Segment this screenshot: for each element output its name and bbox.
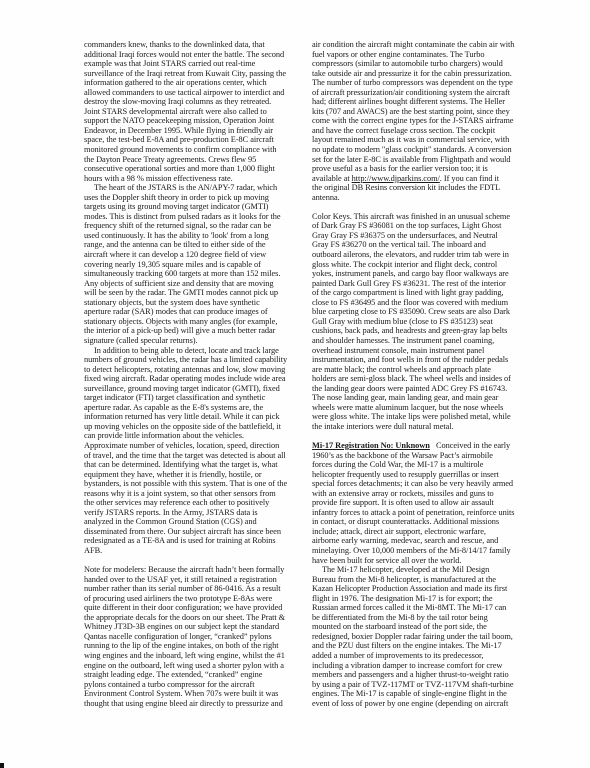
text-line: The heart of the JSTARS is the AN/APY-7 … — [84, 183, 296, 193]
text-line: antenna. — [312, 193, 530, 203]
text-line: surveillance, ground moving target indic… — [84, 384, 296, 394]
text-line: cushions, back pads, and headrests and g… — [312, 326, 530, 336]
text-line: special forces detachments; it can also … — [312, 479, 530, 489]
text-line: in contact, or disrupt counterattacks. A… — [312, 517, 530, 527]
text-line: of Dark Gray FS #36081 on the top surfac… — [312, 221, 530, 231]
text-line: of the cargo compartment is lined with l… — [312, 288, 530, 298]
text-line: set for the later E-8C is available from… — [312, 155, 530, 165]
paragraph-gap — [84, 556, 296, 566]
left-column: commanders knew, thanks to the downlinke… — [84, 40, 296, 708]
text-line: and have the correct fuselage cross sect… — [312, 126, 530, 136]
text-line: added a number of improvements to its pr… — [312, 651, 530, 661]
text-line: additional Iraqi forces would not enter … — [84, 50, 296, 60]
text-line: gloss white. The cockpit interior and fl… — [312, 260, 530, 270]
text-line: airborne early warning, medevac, search … — [312, 536, 530, 546]
right-column: air condition the aircraft might contami… — [312, 40, 530, 708]
text-line: redesigned, boxier Doppler radar fairing… — [312, 632, 530, 642]
text-line: AFB. — [84, 546, 296, 556]
text-line: with an extensive array or rockets, miss… — [312, 489, 530, 499]
text-line: equipment they have, whether it is frien… — [84, 470, 296, 480]
text-line: covering nearly 19,305 square miles and … — [84, 260, 296, 270]
text-line: the interior of a pick-up bed) will give… — [84, 326, 296, 336]
text-line: outboard ailerons, the elevators, and ru… — [312, 250, 530, 260]
text-line: aperture radar (SAR) modes that can prod… — [84, 307, 296, 317]
text-line: reasons why it is a joint system, so tha… — [84, 489, 296, 499]
text-line: the Dayton Peace Treaty agreements. Crew… — [84, 155, 296, 165]
mi17-section-heading: Mi-17 Registration No: Unknown — [312, 441, 430, 450]
text-line: had; different airlines bought different… — [312, 97, 530, 107]
text-line: the intake interiors were dull natural m… — [312, 422, 530, 432]
paragraph-gap — [312, 202, 530, 212]
text-line: Whitney JT3D-3B engines on our subject k… — [84, 622, 296, 632]
text-line: are matte black; the control wheels and … — [312, 365, 530, 375]
text-line: layout remained much as it was in commer… — [312, 135, 530, 145]
scan-corner-mark — [0, 763, 4, 768]
text-line: instrumentation, and foot wells in front… — [312, 355, 530, 365]
text-line: aircraft where it can develop a 120 degr… — [84, 250, 296, 260]
text-line: Color Keys. This aircraft was finished i… — [312, 212, 530, 222]
paragraph-color-keys: Color Keys. This aircraft was finished i… — [312, 212, 530, 432]
text-line: by using a pair of TVZ-117MT or TVZ-117V… — [312, 680, 530, 690]
text-line: Gray Gray FS #36375 on the undersurfaces… — [312, 231, 530, 241]
paragraph-mi17-development: The Mi-17 helicopter, developed at the M… — [312, 565, 530, 708]
text-line: engine on the outboard, left wing used a… — [84, 661, 296, 671]
text-line: verify JSTARS reports. In the Army, JSTA… — [84, 508, 296, 518]
text-line: fixed wing aircraft. Radar operating mod… — [84, 374, 296, 384]
text-fragment: available at — [312, 174, 352, 183]
text-line: come with the correct engine types for t… — [312, 116, 530, 126]
text-line: forces during the Cold War, the MI-17 is… — [312, 460, 530, 470]
text-line: Kazan Helicopter Production Association … — [312, 584, 530, 594]
text-line: example was that Joint STARS carried out… — [84, 59, 296, 69]
text-line: Any objects of sufficient size and densi… — [84, 279, 296, 289]
text-line: kits (707 and AWACS) are the best starti… — [312, 107, 530, 117]
text-line: targets using its ground moving target i… — [84, 202, 296, 212]
text-line: Russian armed forces called it the Mi-8M… — [312, 603, 530, 613]
text-line: Qantas nacelle configuration of longer, … — [84, 632, 296, 642]
text-line: Joint STARS developmental aircraft were … — [84, 107, 296, 117]
paragraph-cabin-pressurization: air condition the aircraft might contami… — [312, 40, 530, 202]
text-line: frequency shift of the returned signal, … — [84, 221, 296, 231]
text-line: handed over to the USAF yet, it still re… — [84, 575, 296, 585]
text-line: Gray FS #36270 on the vertical tail. The… — [312, 240, 530, 250]
text-line: information returned has very little det… — [84, 412, 296, 422]
paragraph-gap — [312, 431, 530, 441]
text-line: up moving vehicles on the opposite side … — [84, 422, 296, 432]
text-line: provide fire support. It is often used t… — [312, 498, 530, 508]
text-line: yokes, instrument panels, and cargo bay … — [312, 269, 530, 279]
text-line: event of loss of power by one engine (de… — [312, 699, 530, 709]
text-line: will be seen by the radar. The GMTI mode… — [84, 288, 296, 298]
text-line: blue carpeting close to FS #35090. Crew … — [312, 307, 530, 317]
text-line: Bureau from the Mi-8 helicopter, is manu… — [312, 575, 530, 585]
text-line: no update to modern "glass cockpit" stan… — [312, 145, 530, 155]
text-fragment: . If you can find it — [440, 174, 499, 183]
text-line: support the NATO peacekeeping mission, O… — [84, 116, 296, 126]
text-line: Note for modelers: Because the aircraft … — [84, 565, 296, 575]
text-line: include; attack, direct air support, ele… — [312, 527, 530, 537]
text-line: aperture radar. As capable as the E-8's … — [84, 403, 296, 413]
text-line: space, the test-bed E-8A and pre-product… — [84, 135, 296, 145]
text-line: compressors (similar to automobile turbo… — [312, 59, 530, 69]
text-line: flight in 1976. The designation Mi-17 is… — [312, 594, 530, 604]
text-line: that can be determined. Identifying what… — [84, 460, 296, 470]
text-line: the landing gear doors were painted ADC … — [312, 384, 530, 394]
paragraph-jstars-operations: commanders knew, thanks to the downlinke… — [84, 40, 296, 183]
text-line: and the PZU dust filters on the engine i… — [312, 641, 530, 651]
text-line: redesignated as a TE-8A and is used for … — [84, 536, 296, 546]
text-line: disseminated from there. Our subject air… — [84, 527, 296, 537]
text-line: uses the Doppler shift theory in order t… — [84, 193, 296, 203]
text-line: Gull Gray with medium blue (close to FS … — [312, 317, 530, 327]
text-line: the other services may reference each ot… — [84, 498, 296, 508]
text-line: consecutive operational sorties and more… — [84, 164, 296, 174]
text-line: members and passengers and a higher thru… — [312, 670, 530, 680]
text-line: monitored ground movements to confirm co… — [84, 145, 296, 155]
text-line: quite different in their door configurat… — [84, 603, 296, 613]
text-line: number rather than its serial number of … — [84, 584, 296, 594]
text-line: pylons contained a turbo compressor for … — [84, 680, 296, 690]
paragraph-apy7-radar: The heart of the JSTARS is the AN/APY-7 … — [84, 183, 296, 345]
text-line: fuel vapors or other engine contaminates… — [312, 50, 530, 60]
text-line: thought that using engine bleed air dire… — [84, 699, 296, 709]
text-line: The Mi-17 helicopter, developed at the M… — [312, 565, 530, 575]
text-line: of procuring used airliners the two prot… — [84, 594, 296, 604]
text-line: of travel, and the time that the target … — [84, 451, 296, 461]
text-line: minelaying. Over 10,000 members of the M… — [312, 546, 530, 556]
text-line: overhead instrument console, main instru… — [312, 346, 530, 356]
text-line: simultaneously tracking 600 targets at m… — [84, 269, 296, 279]
text-line: holders are semi-gloss black. The wheel … — [312, 374, 530, 384]
text-line: allowed commanders to use tactical airpo… — [84, 88, 296, 98]
text-line: modes. This is distinct from pulsed rada… — [84, 212, 296, 222]
text-line: destroy the slow-moving Iraqi columns as… — [84, 97, 296, 107]
text-line: the original DB Resins conversion kit in… — [312, 183, 530, 193]
text-line: prove useful as a basis for the earlier … — [312, 164, 530, 174]
text-line: were gloss white. The intake lips were p… — [312, 412, 530, 422]
text-line: wing engines and the inboard, left wing … — [84, 651, 296, 661]
text-line: including a vibration damper to increase… — [312, 661, 530, 671]
text-line-with-link: available at http://www.djparkins.com/. … — [312, 174, 530, 184]
text-line: and shoulder harnesses. The instrument p… — [312, 336, 530, 346]
text-line: bystanders, is not possible with this sy… — [84, 479, 296, 489]
text-line: be differentiated from the Mi-8 by the t… — [312, 613, 530, 623]
paragraph-mi17-intro: Mi-17 Registration No: Unknown Conceived… — [312, 441, 530, 565]
text-line: hours with a 98 % mission effectiveness … — [84, 174, 296, 184]
text-line: range, and the antenna can be tilted to … — [84, 240, 296, 250]
text-line: Approximate number of vehicles, location… — [84, 441, 296, 451]
text-line: target indicator (FTI) target classifica… — [84, 393, 296, 403]
text-line: the appropriate decals for the doors on … — [84, 613, 296, 623]
text-line: close to FS #36495 and the floor was cov… — [312, 298, 530, 308]
text-line: Environment Control System. When 707s we… — [84, 689, 296, 699]
text-line: mounted on the starboard instead of the … — [312, 622, 530, 632]
text-line: engines. The Mi-17 is capable of single-… — [312, 689, 530, 699]
paragraph-note-for-modelers: Note for modelers: Because the aircraft … — [84, 565, 296, 708]
document-page: commanders knew, thanks to the downlinke… — [0, 0, 590, 768]
text-line: helicopter frequently used to resupply g… — [312, 470, 530, 480]
text-line-with-heading: Mi-17 Registration No: Unknown Conceived… — [312, 441, 530, 451]
text-line: of aircraft pressurization/air condition… — [312, 88, 530, 98]
text-line: commanders knew, thanks to the downlinke… — [84, 40, 296, 50]
text-line: The number of turbo compressors was depe… — [312, 78, 530, 88]
text-fragment: Conceived in the early — [430, 441, 510, 450]
text-line: running to the lip of the engine intakes… — [84, 641, 296, 651]
text-line: can provide little information about the… — [84, 431, 296, 441]
text-line: to detect helicopters, rotating antennas… — [84, 365, 296, 375]
text-line: Endeavor, in December 1995. While flying… — [84, 126, 296, 136]
text-line: stationary objects, but the system does … — [84, 298, 296, 308]
text-line: infantry forces to attack a point of pen… — [312, 508, 530, 518]
text-line: signature (called specular returns). — [84, 336, 296, 346]
text-line: 1960’s as the backbone of the Warsaw Pac… — [312, 451, 530, 461]
text-line: information gathered to the air operatio… — [84, 78, 296, 88]
text-line: stationary objects. Objects with many an… — [84, 317, 296, 327]
text-line: air condition the aircraft might contami… — [312, 40, 530, 50]
text-line: have been built for service all over the… — [312, 556, 530, 566]
text-line: straight leading edge. The extended, “cr… — [84, 670, 296, 680]
paragraph-radar-capabilities: In addition to being able to detect, loc… — [84, 346, 296, 556]
text-line: In addition to being able to detect, loc… — [84, 346, 296, 356]
text-line: take outside air and pressurize it for t… — [312, 69, 530, 79]
text-line: used continuously. It has the ability to… — [84, 231, 296, 241]
text-line: painted Dark Gull Grey FS #36231. The re… — [312, 279, 530, 289]
text-line: numbers of ground vehicles, the radar ha… — [84, 355, 296, 365]
djparkins-link[interactable]: http://www.djparkins.com/ — [352, 174, 440, 183]
text-line: analyzed in the Common Ground Station (C… — [84, 517, 296, 527]
text-line: wheels were matte aluminum lacquer, but … — [312, 403, 530, 413]
text-line: The nose landing gear, main landing gear… — [312, 393, 530, 403]
text-line: surveillance of the Iraqi retreat from K… — [84, 69, 296, 79]
